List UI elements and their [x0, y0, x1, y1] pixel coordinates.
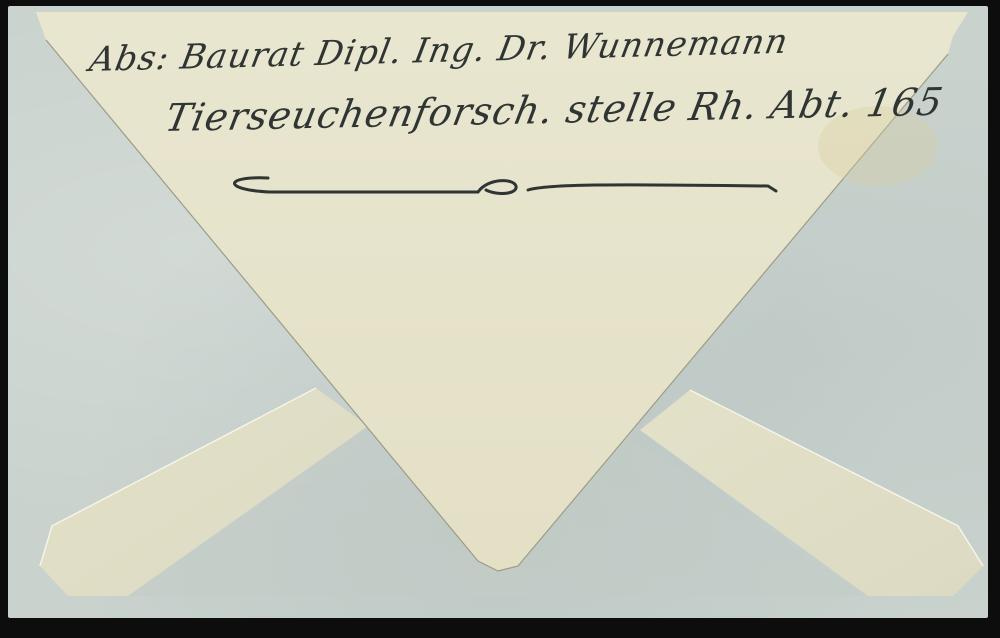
envelope-back: Abs: Baurat Dipl. Ing. Dr. Wunnemann Tie… [8, 6, 988, 618]
photo-scene: Abs: Baurat Dipl. Ing. Dr. Wunnemann Tie… [0, 0, 1000, 638]
